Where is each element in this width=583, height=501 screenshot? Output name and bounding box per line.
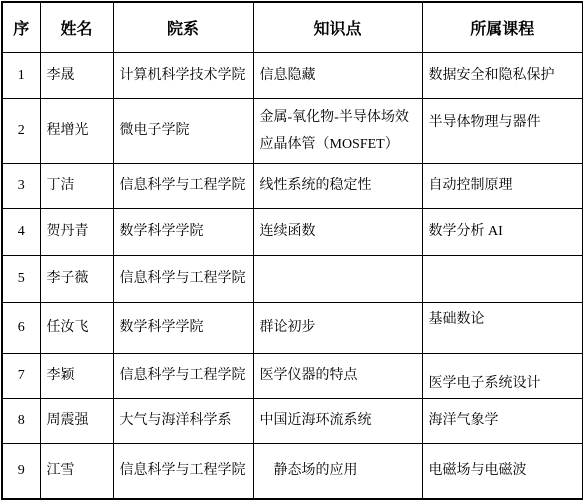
cell-topic: 连续函数: [253, 208, 422, 255]
cell-dept: 数学科学学院: [113, 208, 253, 255]
cell-name: 贺丹青: [40, 208, 113, 255]
cell-course: 数据安全和隐私保护: [422, 52, 583, 98]
cell-topic: 金属-氧化物-半导体场效 应晶体管（MOSFET）: [253, 98, 422, 163]
cell-dept: 信息科学与工程学院: [113, 353, 253, 398]
cell-topic: 信息隐藏: [253, 52, 422, 98]
cell-seq: 6: [2, 302, 40, 353]
cell-seq: 4: [2, 208, 40, 255]
cell-topic: 群论初步: [253, 302, 422, 353]
table-row: 9 江雪 信息科学与工程学院 静态场的应用 电磁场与电磁波: [2, 443, 583, 499]
cell-dept: 计算机科学技术学院: [113, 52, 253, 98]
cell-name: 周震强: [40, 398, 113, 443]
cell-name: 李子薇: [40, 255, 113, 302]
cell-course: [422, 255, 583, 302]
cell-topic: [253, 255, 422, 302]
header-seq: 序: [2, 2, 40, 52]
document-page: 序 姓名 院系 知识点 所属课程 1 李晟 计算机科学技术学院 信息隐藏 数据安…: [0, 0, 583, 501]
header-dept: 院系: [113, 2, 253, 52]
cell-name: 李颖: [40, 353, 113, 398]
cell-dept: 信息科学与工程学院: [113, 255, 253, 302]
table-row: 4 贺丹青 数学科学学院 连续函数 数学分析 AI: [2, 208, 583, 255]
cell-name: 江雪: [40, 443, 113, 499]
cell-course: 数学分析 AI: [422, 208, 583, 255]
cell-course: 半导体物理与器件: [422, 98, 583, 163]
cell-name: 丁洁: [40, 163, 113, 208]
cell-course: 医学电子系统设计: [422, 353, 583, 398]
cell-name: 李晟: [40, 52, 113, 98]
cell-course: 自动控制原理: [422, 163, 583, 208]
cell-name: 任汝飞: [40, 302, 113, 353]
header-name: 姓名: [40, 2, 113, 52]
cell-seq: 8: [2, 398, 40, 443]
cell-course: 基础数论: [422, 302, 583, 353]
table-row: 6 任汝飞 数学科学学院 群论初步 基础数论: [2, 302, 583, 353]
cell-name: 程增光: [40, 98, 113, 163]
table-row: 1 李晟 计算机科学技术学院 信息隐藏 数据安全和隐私保护: [2, 52, 583, 98]
cell-course: 海洋气象学: [422, 398, 583, 443]
cell-seq: 9: [2, 443, 40, 499]
header-course: 所属课程: [422, 2, 583, 52]
header-row: 序 姓名 院系 知识点 所属课程: [2, 2, 583, 52]
cell-seq: 1: [2, 52, 40, 98]
cell-topic: 医学仪器的特点: [253, 353, 422, 398]
cell-seq: 2: [2, 98, 40, 163]
cell-dept: 信息科学与工程学院: [113, 443, 253, 499]
cell-topic: 静态场的应用: [253, 443, 422, 499]
cell-dept: 微电子学院: [113, 98, 253, 163]
cell-dept: 信息科学与工程学院: [113, 163, 253, 208]
cell-course: 电磁场与电磁波: [422, 443, 583, 499]
cell-seq: 3: [2, 163, 40, 208]
cell-topic: 中国近海环流系统: [253, 398, 422, 443]
table-row: 5 李子薇 信息科学与工程学院: [2, 255, 583, 302]
header-topic: 知识点: [253, 2, 422, 52]
cell-topic: 线性系统的稳定性: [253, 163, 422, 208]
cell-seq: 5: [2, 255, 40, 302]
table-row: 8 周震强 大气与海洋科学系 中国近海环流系统 海洋气象学: [2, 398, 583, 443]
student-knowledge-table: 序 姓名 院系 知识点 所属课程 1 李晟 计算机科学技术学院 信息隐藏 数据安…: [1, 1, 583, 500]
cell-dept: 大气与海洋科学系: [113, 398, 253, 443]
table-row: 7 李颖 信息科学与工程学院 医学仪器的特点 医学电子系统设计: [2, 353, 583, 398]
table-row: 3 丁洁 信息科学与工程学院 线性系统的稳定性 自动控制原理: [2, 163, 583, 208]
cell-seq: 7: [2, 353, 40, 398]
cell-dept: 数学科学学院: [113, 302, 253, 353]
table-row: 2 程增光 微电子学院 金属-氧化物-半导体场效 应晶体管（MOSFET） 半导…: [2, 98, 583, 163]
